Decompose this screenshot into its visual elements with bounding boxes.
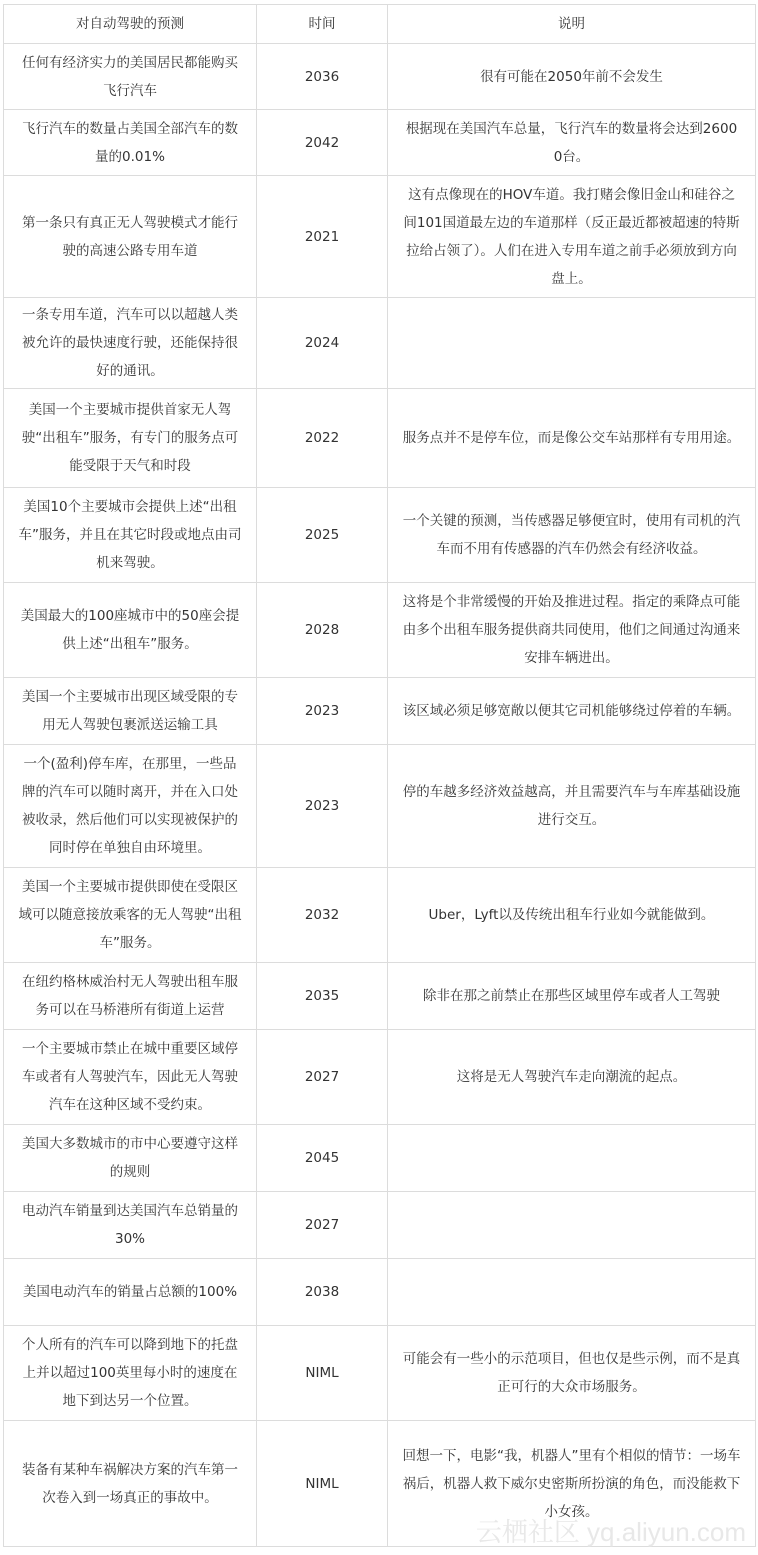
table-row: 一个(盈利)停车库，在那里，一些品牌的汽车可以随时离开，并在入口处被收录，然后他…	[4, 745, 756, 868]
note-cell	[388, 1259, 756, 1326]
time-cell: 2045	[257, 1125, 388, 1192]
note-cell: Uber，Lyft以及传统出租车行业如今就能做到。	[388, 868, 756, 963]
note-cell: 服务点并不是停车位，而是像公交车站那样有专用用途。	[388, 389, 756, 488]
note-cell: 根据现在美国汽车总量，飞行汽车的数量将会达到26000台。	[388, 110, 756, 176]
prediction-cell: 电动汽车销量到达美国汽车总销量的30%	[4, 1192, 257, 1259]
note-cell: 这将是无人驾驶汽车走向潮流的起点。	[388, 1030, 756, 1125]
note-cell: 这有点像现在的HOV车道。我打赌会像旧金山和硅谷之间101国道最左边的车道那样（…	[388, 176, 756, 298]
time-cell: 2028	[257, 583, 388, 678]
note-cell: 很有可能在2050年前不会发生	[388, 44, 756, 110]
note-cell	[388, 298, 756, 389]
time-cell: 2027	[257, 1192, 388, 1259]
header-time: 时间	[257, 5, 388, 44]
note-cell: 除非在那之前禁止在那些区域里停车或者人工驾驶	[388, 963, 756, 1030]
prediction-cell: 美国10个主要城市会提供上述“出租车”服务，并且在其它时段或地点由司机来驾驶。	[4, 488, 257, 583]
table-row: 美国一个主要城市提供即使在受限区域可以随意接放乘客的无人驾驶“出租车”服务。20…	[4, 868, 756, 963]
note-cell: 回想一下，电影“我，机器人”里有个相似的情节：一场车祸后，机器人救下威尔史密斯所…	[388, 1421, 756, 1547]
table-row: 美国10个主要城市会提供上述“出租车”服务，并且在其它时段或地点由司机来驾驶。2…	[4, 488, 756, 583]
prediction-cell: 美国一个主要城市提供即使在受限区域可以随意接放乘客的无人驾驶“出租车”服务。	[4, 868, 257, 963]
time-cell: 2038	[257, 1259, 388, 1326]
note-cell	[388, 1125, 756, 1192]
table-row: 美国最大的100座城市中的50座会提供上述“出租车”服务。2028这将是个非常缓…	[4, 583, 756, 678]
prediction-cell: 个人所有的汽车可以降到地下的托盘上并以超过100英里每小时的速度在地下到达另一个…	[4, 1326, 257, 1421]
time-cell: 2023	[257, 678, 388, 745]
table-row: 装备有某种车祸解决方案的汽车第一次卷入到一场真正的事故中。NIML回想一下，电影…	[4, 1421, 756, 1547]
note-cell: 一个关键的预测，当传感器足够便宜时，使用有司机的汽车而不用有传感器的汽车仍然会有…	[388, 488, 756, 583]
prediction-cell: 在纽约格林威治村无人驾驶出租车服务可以在马桥港所有街道上运营	[4, 963, 257, 1030]
table-row: 任何有经济实力的美国居民都能购买飞行汽车2036很有可能在2050年前不会发生	[4, 44, 756, 110]
note-cell: 停的车越多经济效益越高，并且需要汽车与车库基础设施进行交互。	[388, 745, 756, 868]
prediction-cell: 一条专用车道，汽车可以以超越人类被允许的最快速度行驶，还能保持很好的通讯。	[4, 298, 257, 389]
prediction-cell: 美国一个主要城市提供首家无人驾驶“出租车”服务，有专门的服务点可能受限于天气和时…	[4, 389, 257, 488]
prediction-cell: 一个(盈利)停车库，在那里，一些品牌的汽车可以随时离开，并在入口处被收录，然后他…	[4, 745, 257, 868]
time-cell: 2022	[257, 389, 388, 488]
table-row: 美国电动汽车的销量占总额的100%2038	[4, 1259, 756, 1326]
predictions-table: 对自动驾驶的预测 时间 说明 任何有经济实力的美国居民都能购买飞行汽车2036很…	[3, 4, 756, 1547]
table-row: 在纽约格林威治村无人驾驶出租车服务可以在马桥港所有街道上运营2035除非在那之前…	[4, 963, 756, 1030]
note-cell	[388, 1192, 756, 1259]
table-row: 美国一个主要城市出现区域受限的专用无人驾驶包裹派送运输工具2023该区域必须足够…	[4, 678, 756, 745]
note-cell: 这将是个非常缓慢的开始及推进过程。指定的乘降点可能由多个出租车服务提供商共同使用…	[388, 583, 756, 678]
prediction-cell: 美国大多数城市的市中心要遵守这样的规则	[4, 1125, 257, 1192]
table-row: 飞行汽车的数量占美国全部汽车的数量的0.01%2042根据现在美国汽车总量，飞行…	[4, 110, 756, 176]
header-prediction: 对自动驾驶的预测	[4, 5, 257, 44]
table-row: 电动汽车销量到达美国汽车总销量的30%2027	[4, 1192, 756, 1259]
time-cell: 2032	[257, 868, 388, 963]
table-row: 美国一个主要城市提供首家无人驾驶“出租车”服务，有专门的服务点可能受限于天气和时…	[4, 389, 756, 488]
table-row: 个人所有的汽车可以降到地下的托盘上并以超过100英里每小时的速度在地下到达另一个…	[4, 1326, 756, 1421]
note-cell: 可能会有一些小的示范项目，但也仅是些示例，而不是真正可行的大众市场服务。	[388, 1326, 756, 1421]
table-row: 一条专用车道，汽车可以以超越人类被允许的最快速度行驶，还能保持很好的通讯。202…	[4, 298, 756, 389]
time-cell: 2035	[257, 963, 388, 1030]
table-row: 美国大多数城市的市中心要遵守这样的规则2045	[4, 1125, 756, 1192]
time-cell: NIML	[257, 1421, 388, 1547]
time-cell: 2025	[257, 488, 388, 583]
header-note: 说明	[388, 5, 756, 44]
time-cell: 2036	[257, 44, 388, 110]
table-row: 一个主要城市禁止在城中重要区域停车或者有人驾驶汽车，因此无人驾驶汽车在这种区域不…	[4, 1030, 756, 1125]
prediction-cell: 一个主要城市禁止在城中重要区域停车或者有人驾驶汽车，因此无人驾驶汽车在这种区域不…	[4, 1030, 257, 1125]
table-row: 第一条只有真正无人驾驶模式才能行驶的高速公路专用车道2021这有点像现在的HOV…	[4, 176, 756, 298]
prediction-cell: 美国电动汽车的销量占总额的100%	[4, 1259, 257, 1326]
time-cell: 2021	[257, 176, 388, 298]
prediction-cell: 美国一个主要城市出现区域受限的专用无人驾驶包裹派送运输工具	[4, 678, 257, 745]
prediction-cell: 装备有某种车祸解决方案的汽车第一次卷入到一场真正的事故中。	[4, 1421, 257, 1547]
prediction-cell: 飞行汽车的数量占美国全部汽车的数量的0.01%	[4, 110, 257, 176]
prediction-cell: 第一条只有真正无人驾驶模式才能行驶的高速公路专用车道	[4, 176, 257, 298]
header-row: 对自动驾驶的预测 时间 说明	[4, 5, 756, 44]
time-cell: 2042	[257, 110, 388, 176]
time-cell: 2023	[257, 745, 388, 868]
time-cell: 2027	[257, 1030, 388, 1125]
time-cell: 2024	[257, 298, 388, 389]
time-cell: NIML	[257, 1326, 388, 1421]
prediction-cell: 美国最大的100座城市中的50座会提供上述“出租车”服务。	[4, 583, 257, 678]
note-cell: 该区域必须足够宽敞以便其它司机能够绕过停着的车辆。	[388, 678, 756, 745]
prediction-cell: 任何有经济实力的美国居民都能购买飞行汽车	[4, 44, 257, 110]
